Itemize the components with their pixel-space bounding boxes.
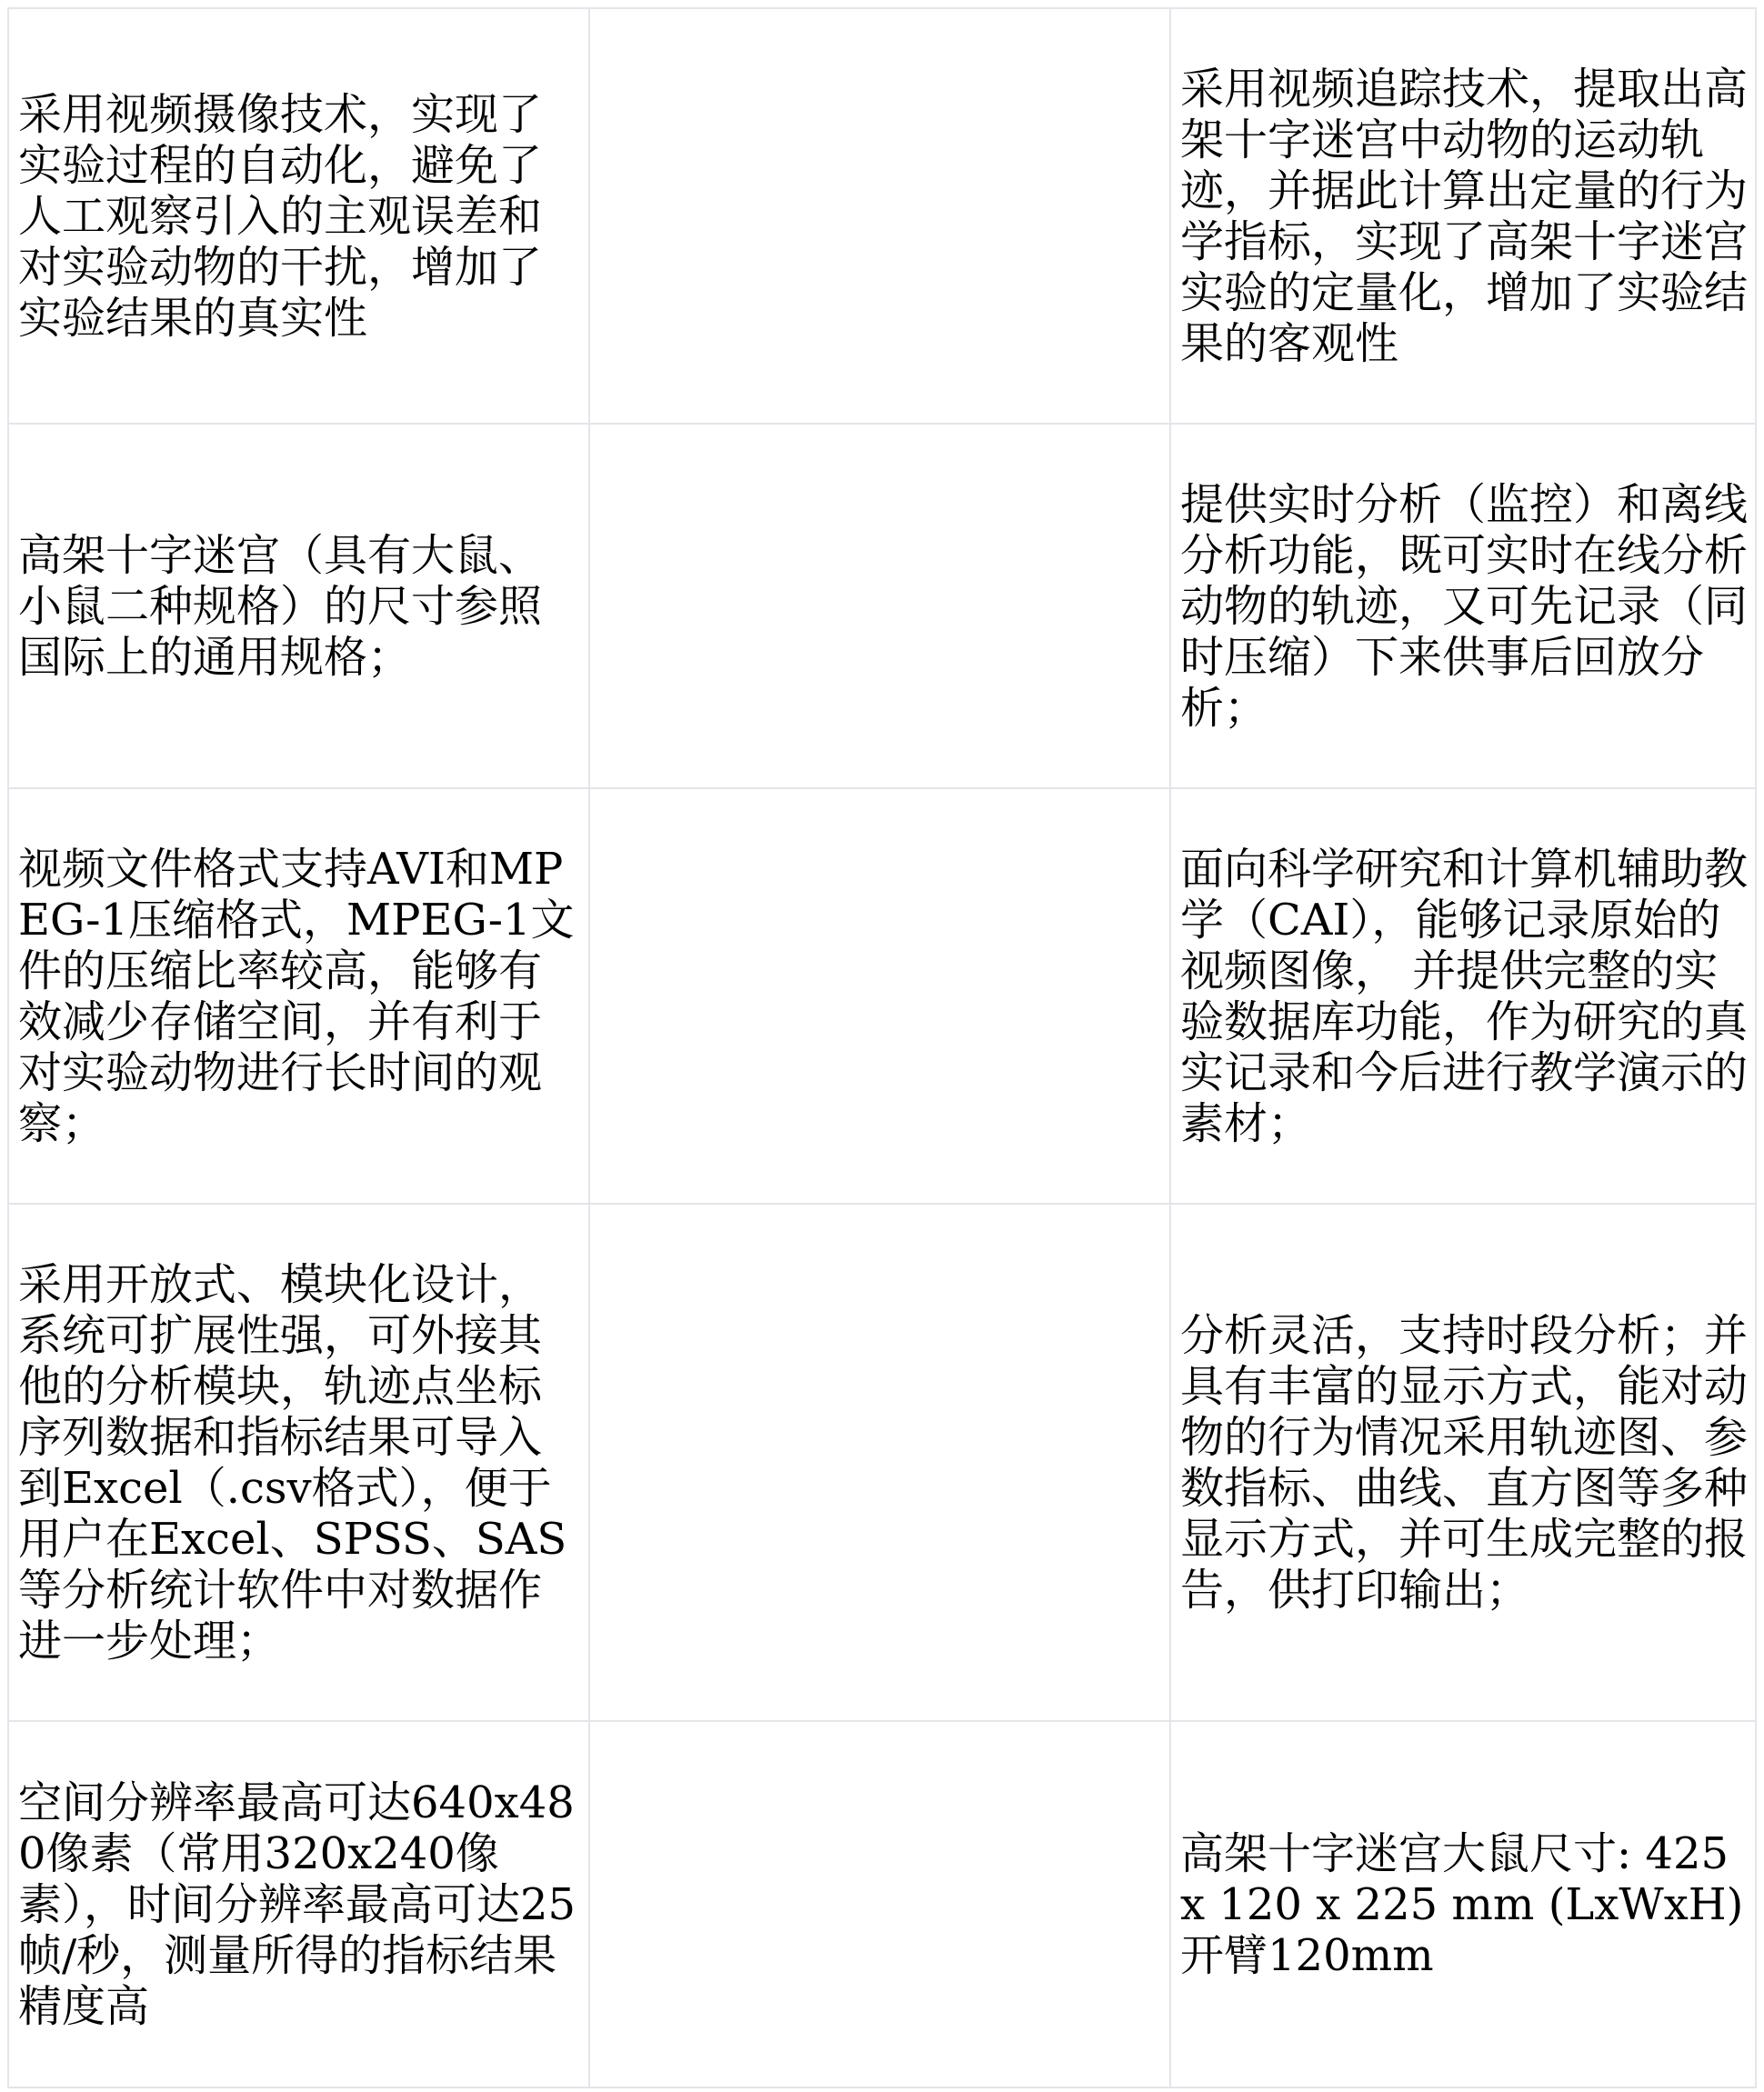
feature-cell-right: 提供实时分析（监控）和离线分析功能，既可实时在线分析动物的轨迹，又可先记录（同时… (1170, 424, 1756, 788)
feature-cell-left: 空间分辨率最高可达640x480像素（常用320x240像素），时间分辨率最高可… (8, 1721, 589, 2087)
table-row: 空间分辨率最高可达640x480像素（常用320x240像素），时间分辨率最高可… (8, 1721, 1756, 2087)
empty-cell-middle (589, 788, 1170, 1204)
dimensions-cell-right: 高架十字迷宫大鼠尺寸: 425 x 120 x 225 mm (LxWxH) 开… (1170, 1721, 1756, 2087)
feature-spec-table: 采用视频摄像技术，实现了实验过程的自动化，避免了人工观察引入的主观误差和对实验动… (7, 7, 1757, 2088)
feature-cell-left: 采用开放式、模块化设计，系统可扩展性强，可外接其他的分析模块，轨迹点坐标序列数据… (8, 1204, 589, 1721)
empty-cell-middle (589, 1204, 1170, 1721)
feature-cell-left: 采用视频摄像技术，实现了实验过程的自动化，避免了人工观察引入的主观误差和对实验动… (8, 8, 589, 424)
empty-cell-middle (589, 424, 1170, 788)
table-row: 高架十字迷宫（具有大鼠、小鼠二种规格）的尺寸参照国际上的通用规格； 提供实时分析… (8, 424, 1756, 788)
table-row: 采用开放式、模块化设计，系统可扩展性强，可外接其他的分析模块，轨迹点坐标序列数据… (8, 1204, 1756, 1721)
feature-cell-right: 面向科学研究和计算机辅助教学（CAI），能够记录原始的视频图像， 并提供完整的实… (1170, 788, 1756, 1204)
table-row: 视频文件格式支持AVI和MPEG-1压缩格式，MPEG-1文件的压缩比率较高，能… (8, 788, 1756, 1204)
feature-cell-left: 高架十字迷宫（具有大鼠、小鼠二种规格）的尺寸参照国际上的通用规格； (8, 424, 589, 788)
empty-cell-middle (589, 8, 1170, 424)
feature-cell-right: 采用视频追踪技术，提取出高架十字迷宫中动物的运动轨迹，并据此计算出定量的行为学指… (1170, 8, 1756, 424)
feature-cell-right: 分析灵活，支持时段分析；并具有丰富的显示方式，能对动物的行为情况采用轨迹图、参数… (1170, 1204, 1756, 1721)
table-row: 采用视频摄像技术，实现了实验过程的自动化，避免了人工观察引入的主观误差和对实验动… (8, 8, 1756, 424)
feature-cell-left: 视频文件格式支持AVI和MPEG-1压缩格式，MPEG-1文件的压缩比率较高，能… (8, 788, 589, 1204)
empty-cell-middle (589, 1721, 1170, 2087)
